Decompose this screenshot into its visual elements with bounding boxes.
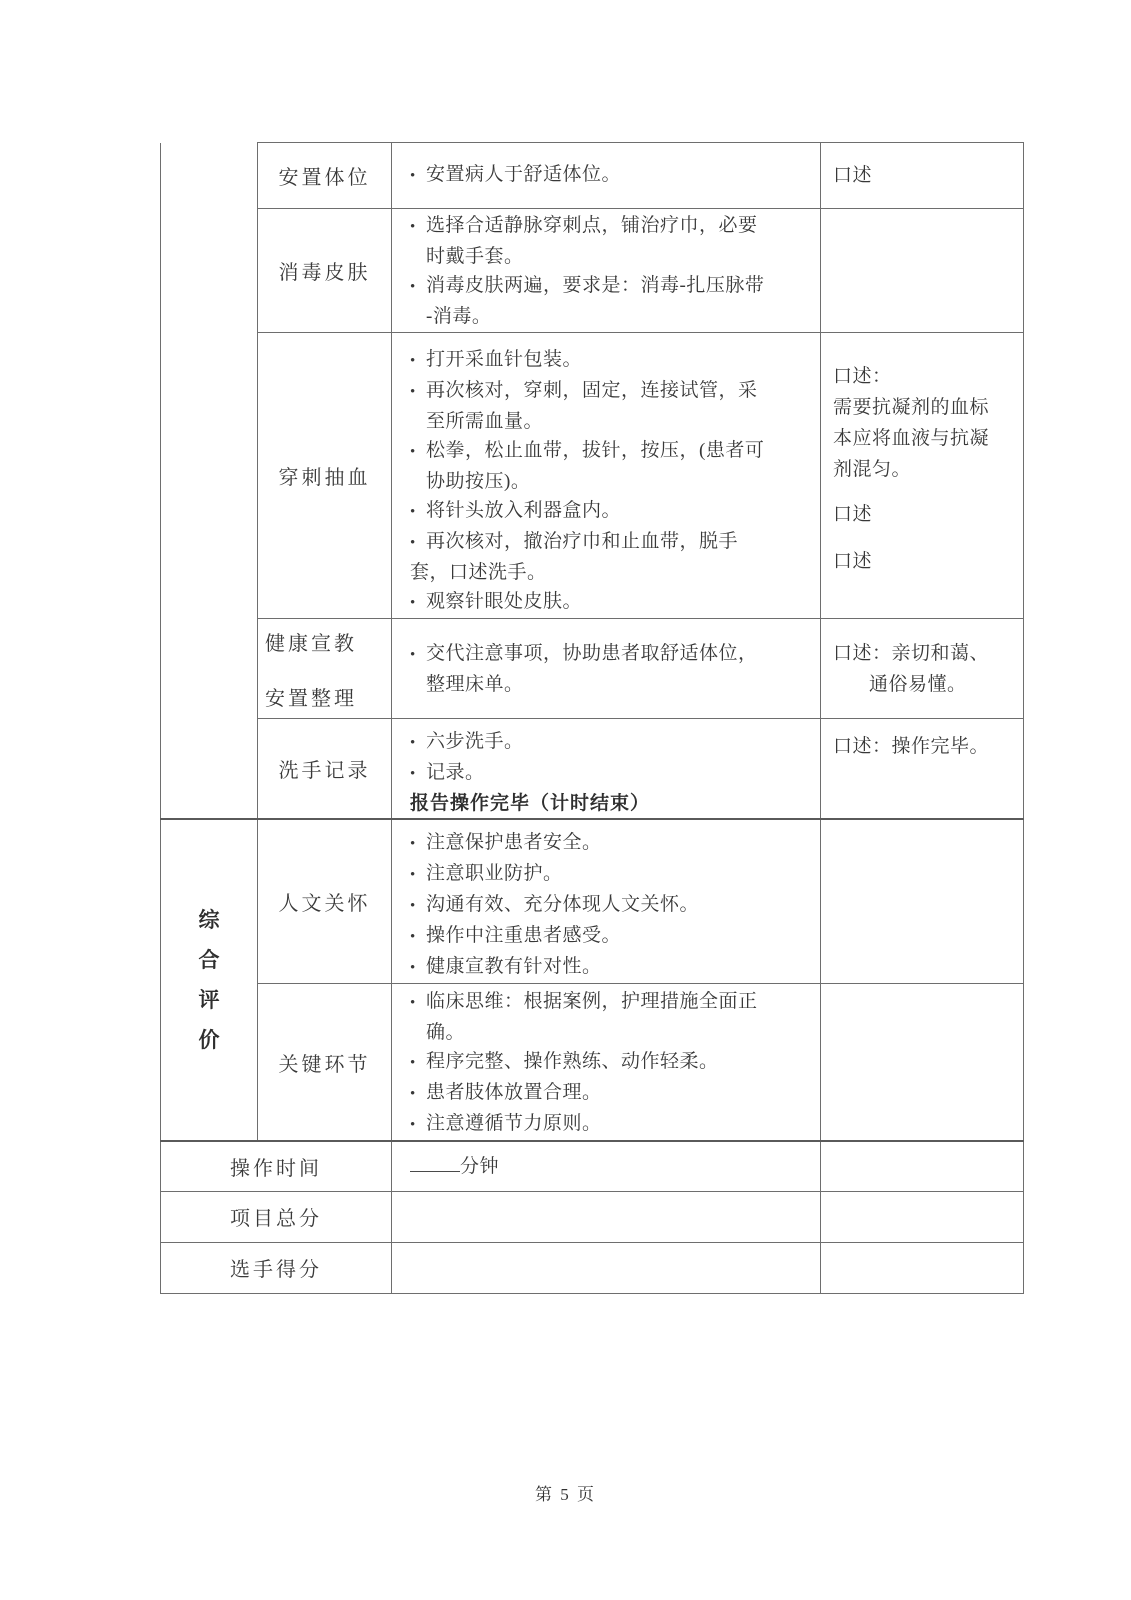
continuation-line: 整理床单。	[410, 670, 812, 699]
bullet-line: 打开采血针包装。	[410, 345, 812, 376]
bullet-line: 松拳，松止血带，拔针，按压，(患者可	[410, 436, 812, 467]
row-label: 项目总分	[230, 1208, 322, 1230]
step-label: 关键环节	[279, 1054, 371, 1076]
assessment-table: 安置体位 安置病人于舒适体位。 口述 消毒皮肤 选择合适静脉穿刺点，铺治疗巾，必…	[160, 142, 1024, 1294]
fill-in-line: 分钟	[410, 1152, 812, 1181]
bullet-line: 临床思维：根据案例，护理措施全面正	[410, 987, 812, 1018]
bullet-line: 注意遵循节力原则。	[410, 1109, 812, 1140]
note-text: 需要抗凝剂的血标	[833, 392, 1017, 423]
bullet-line: 消毒皮肤两遍，要求是：消毒-扎压脉带	[410, 271, 812, 302]
step-cell-renwenguanhuai: 人文关怀	[258, 819, 392, 984]
section-label-vertical: 综合评价	[196, 900, 222, 1060]
note-text: 口述：操作完毕。	[833, 731, 1017, 762]
bold-report-line: 报告操作完毕（计时结束）	[410, 789, 812, 818]
unit-label: 分钟	[460, 1156, 499, 1177]
bullet-line: 记录。	[410, 758, 812, 789]
note-text: 口述	[833, 499, 1017, 530]
note-text: 剂混匀。	[833, 454, 1017, 485]
content-cell: 分钟	[392, 1141, 821, 1191]
bullet-line: 再次核对，穿刺，固定，连接试管，采	[410, 376, 812, 407]
content-cell: 安置病人于舒适体位。	[392, 143, 821, 209]
step-cell-anzhitiwei: 安置体位	[258, 143, 392, 209]
continuation-line: 确。	[410, 1018, 812, 1047]
bullet-line: 健康宣教有针对性。	[410, 952, 812, 983]
row-label: 操作时间	[230, 1158, 322, 1180]
label-cell-caozuoshijian: 操作时间	[161, 1141, 392, 1191]
note-text: 口述	[833, 160, 1017, 191]
bullet-line: 交代注意事项，协助患者取舒适体位，	[410, 639, 812, 670]
label-cell-xuanshoudefen: 选手得分	[161, 1242, 392, 1293]
bullet-line: 选择合适静脉穿刺点，铺治疗巾，必要	[410, 211, 812, 242]
bullet-line: 安置病人于舒适体位。	[410, 160, 812, 191]
note-cell-empty	[821, 209, 1024, 333]
note-cell: 口述：亲切和蔼、 通俗易懂。	[821, 619, 1024, 719]
continuation-line: -消毒。	[410, 302, 812, 331]
content-cell: 六步洗手。 记录。 报告操作完毕（计时结束）	[392, 719, 821, 820]
table-row-xuanshoudefen: 选手得分	[161, 1242, 1024, 1293]
table-row-guanjianhuanjie: 关键环节 临床思维：根据案例，护理措施全面正 确。 程序完整、操作熟练、动作轻柔…	[161, 984, 1024, 1142]
note-cell: 口述	[821, 143, 1024, 209]
bullet-line: 观察针眼处皮肤。	[410, 587, 812, 618]
content-cell: 注意保护患者安全。 注意职业防护。 沟通有效、充分体现人文关怀。 操作中注重患者…	[392, 819, 821, 984]
label-cell-xiangmuzongfen: 项目总分	[161, 1191, 392, 1242]
table-row-renwenguanhuai: 综合评价 人文关怀 注意保护患者安全。 注意职业防护。 沟通有效、充分体现人文关…	[161, 819, 1024, 984]
table-row-xiangmuzongfen: 项目总分	[161, 1191, 1024, 1242]
document-page: 安置体位 安置病人于舒适体位。 口述 消毒皮肤 选择合适静脉穿刺点，铺治疗巾，必…	[0, 0, 1131, 1600]
note-text: 口述	[833, 546, 1017, 577]
bullet-line: 注意保护患者安全。	[410, 828, 812, 859]
step-label: 健康宣教	[265, 627, 391, 656]
bullet-line: 注意职业防护。	[410, 859, 812, 890]
step-cell-chuancichouxue: 穿刺抽血	[258, 333, 392, 619]
bullet-line: 程序完整、操作熟练、动作轻柔。	[410, 1047, 812, 1078]
bullet-line: 患者肢体放置合理。	[410, 1078, 812, 1109]
blank-underline	[410, 1152, 460, 1172]
note-cell-empty	[821, 1191, 1024, 1242]
note-cell-empty	[821, 984, 1024, 1142]
continuation-line: 时戴手套。	[410, 242, 812, 271]
step-label: 洗手记录	[279, 760, 371, 782]
note-cell-empty	[821, 1242, 1024, 1293]
note-text: 口述：	[833, 361, 1017, 392]
note-cell-empty	[821, 1141, 1024, 1191]
step-cell-guanjianhuanjie: 关键环节	[258, 984, 392, 1142]
content-cell: 选择合适静脉穿刺点，铺治疗巾，必要 时戴手套。 消毒皮肤两遍，要求是：消毒-扎压…	[392, 209, 821, 333]
note-text: 本应将血液与抗凝	[833, 423, 1017, 454]
continuation-line: 套，口述洗手。	[410, 558, 812, 587]
section-cell-continued	[161, 143, 258, 820]
bullet-line: 将针头放入利器盒内。	[410, 496, 812, 527]
content-cell: 临床思维：根据案例，护理措施全面正 确。 程序完整、操作熟练、动作轻柔。 患者肢…	[392, 984, 821, 1142]
step-label: 安置体位	[279, 167, 371, 189]
note-cell-empty	[821, 819, 1024, 984]
step-label: 人文关怀	[279, 893, 371, 915]
step-cell-xiaodupifu: 消毒皮肤	[258, 209, 392, 333]
content-cell: 交代注意事项，协助患者取舒适体位， 整理床单。	[392, 619, 821, 719]
note-cell: 口述：操作完毕。	[821, 719, 1024, 820]
note-text: 通俗易懂。	[833, 669, 1017, 700]
section-cell-overall-evaluation: 综合评价	[161, 819, 258, 1141]
step-cell-jiankangxuanjiao-anzhizhengli: 健康宣教 安置整理	[258, 619, 392, 719]
step-cell-xishoujilu: 洗手记录	[258, 719, 392, 820]
bullet-line: 操作中注重患者感受。	[410, 921, 812, 952]
table-row-anzhitiwei: 安置体位 安置病人于舒适体位。 口述	[161, 143, 1024, 209]
page-footer: 第 5 页	[0, 1480, 1131, 1505]
bullet-line: 六步洗手。	[410, 727, 812, 758]
bullet-line: 沟通有效、充分体现人文关怀。	[410, 890, 812, 921]
content-cell-empty	[392, 1191, 821, 1242]
table-row-caozuoshijian: 操作时间 分钟	[161, 1141, 1024, 1191]
continuation-line: 协助按压)。	[410, 467, 812, 496]
continuation-line: 至所需血量。	[410, 407, 812, 436]
bullet-line: 再次核对，撤治疗巾和止血带，脱手	[410, 527, 812, 558]
note-text: 口述：亲切和蔼、	[833, 638, 1017, 669]
step-label: 安置整理	[265, 682, 391, 711]
content-cell-empty	[392, 1242, 821, 1293]
note-cell: 口述： 需要抗凝剂的血标 本应将血液与抗凝 剂混匀。 口述 口述	[821, 333, 1024, 619]
table-row-xishoujilu: 洗手记录 六步洗手。 记录。 报告操作完毕（计时结束） 口述：操作完毕。	[161, 719, 1024, 820]
row-label: 选手得分	[230, 1259, 322, 1281]
step-label: 穿刺抽血	[279, 467, 371, 489]
table-row-chuancichouxue: 穿刺抽血 打开采血针包装。 再次核对，穿刺，固定，连接试管，采 至所需血量。 松…	[161, 333, 1024, 619]
table-row-jiankangxuanjiao: 健康宣教 安置整理 交代注意事项，协助患者取舒适体位， 整理床单。 口述：亲切和…	[161, 619, 1024, 719]
step-label: 消毒皮肤	[279, 262, 371, 284]
content-cell: 打开采血针包装。 再次核对，穿刺，固定，连接试管，采 至所需血量。 松拳，松止血…	[392, 333, 821, 619]
table-row-xiaodupifu: 消毒皮肤 选择合适静脉穿刺点，铺治疗巾，必要 时戴手套。 消毒皮肤两遍，要求是：…	[161, 209, 1024, 333]
